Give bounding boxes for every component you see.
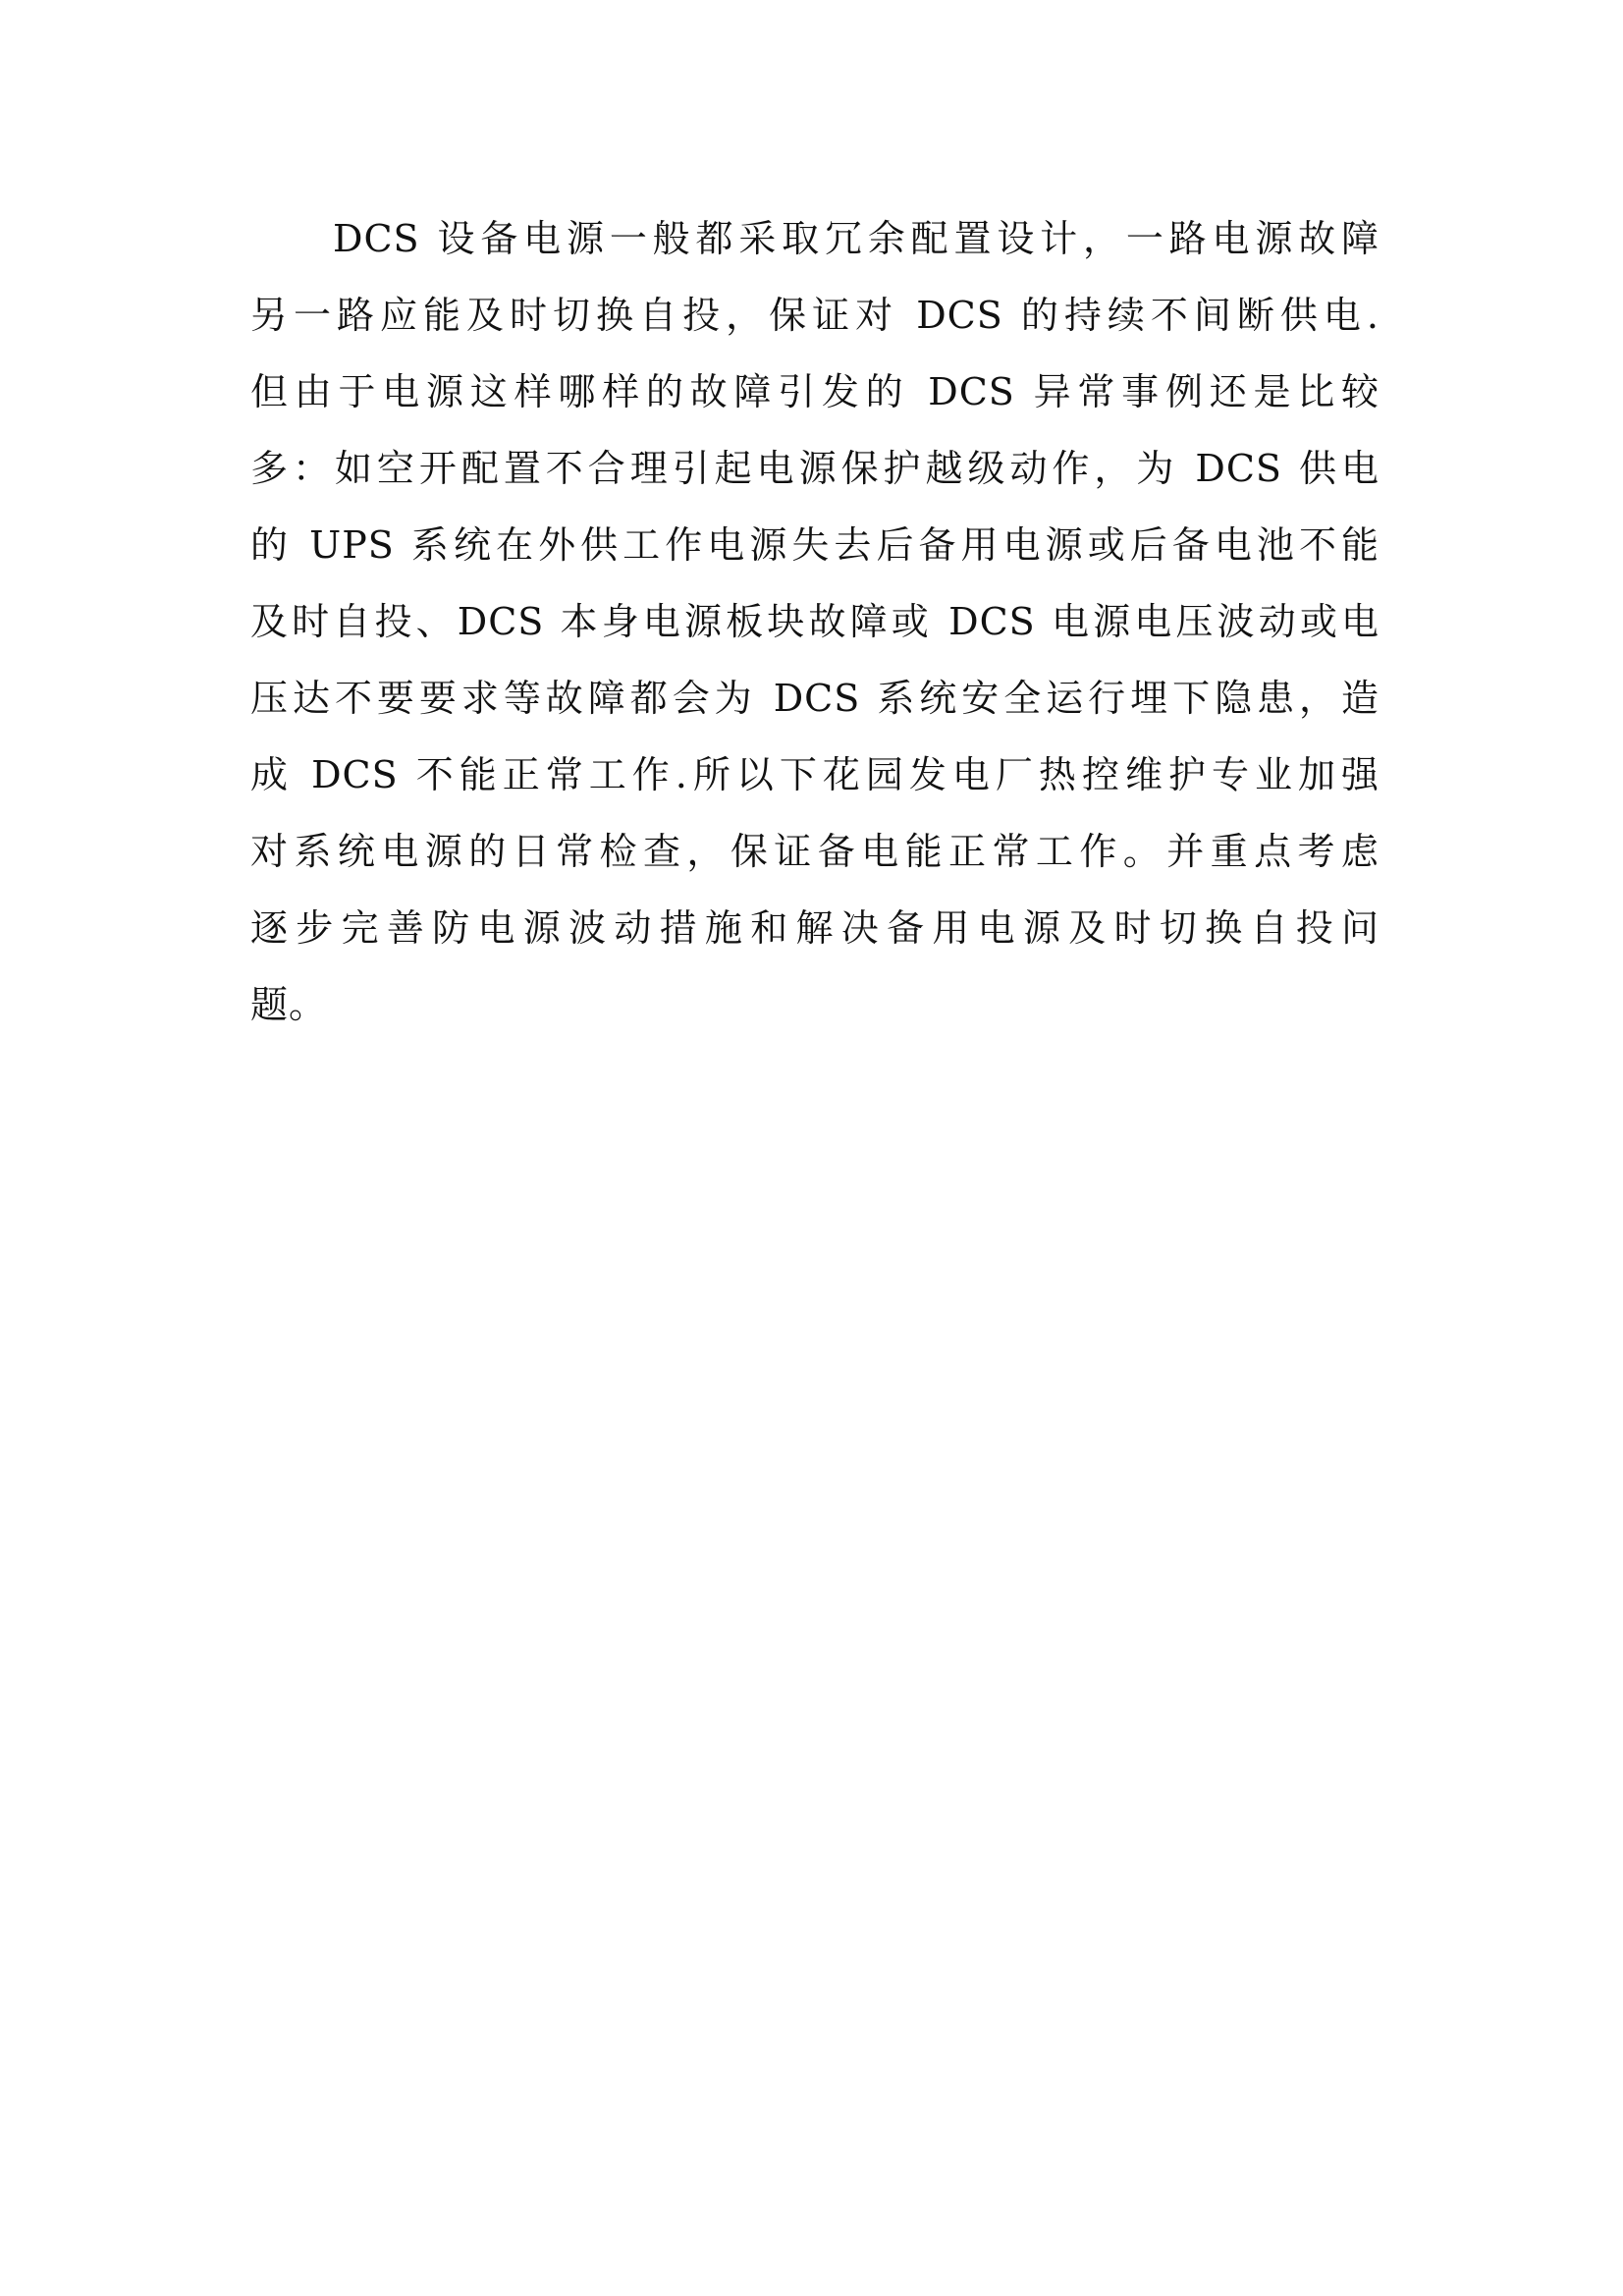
paragraph-line: 压达不要要求等故障都会为 DCS 系统安全运行埋下隐患，造 — [250, 674, 1380, 750]
document-page: DCS 设备电源一般都采取冗余配置设计，一路电源故障 另一路应能及时切换自投，保… — [0, 0, 1623, 2296]
paragraph-line: DCS 设备电源一般都采取冗余配置设计，一路电源故障 — [250, 214, 1380, 291]
paragraph-line: 的 UPS 系统在外供工作电源失去后备用电源或后备电池不能 — [250, 520, 1380, 597]
paragraph-line: 成 DCS 不能正常工作.所以下花园发电厂热控维护专业加强 — [250, 750, 1380, 827]
paragraph-line: 另一路应能及时切换自投，保证对 DCS 的持续不间断供电. — [250, 291, 1380, 367]
paragraph-line: 但由于电源这样哪样的故障引发的 DCS 异常事例还是比较 — [250, 367, 1380, 444]
paragraph-line: 及时自投、DCS 本身电源板块故障或 DCS 电源电压波动或电 — [250, 597, 1380, 674]
paragraph-line: 逐步完善防电源波动措施和解决备用电源及时切换自投问 — [250, 903, 1380, 980]
body-paragraph: DCS 设备电源一般都采取冗余配置设计，一路电源故障 另一路应能及时切换自投，保… — [250, 214, 1380, 1057]
paragraph-line: 对系统电源的日常检查，保证备电能正常工作。并重点考虑 — [250, 827, 1380, 903]
paragraph-line: 多：如空开配置不合理引起电源保护越级动作，为 DCS 供电 — [250, 444, 1380, 520]
paragraph-line: 题。 — [250, 980, 1380, 1057]
